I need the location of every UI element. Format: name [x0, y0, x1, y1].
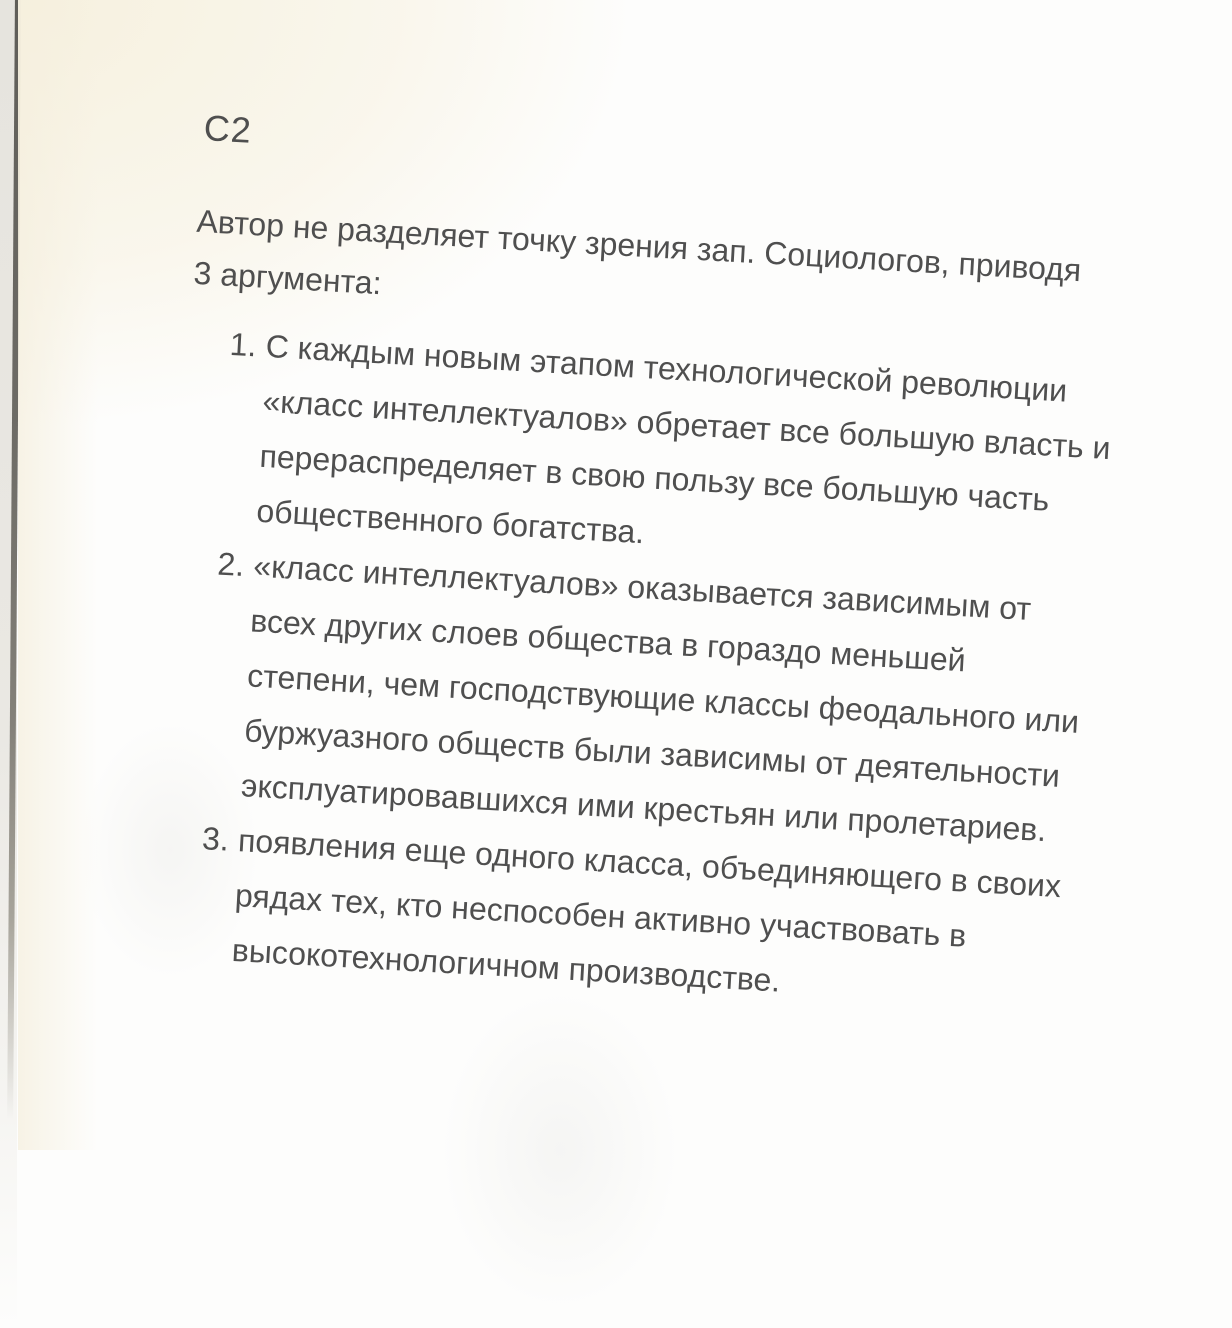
- scanned-page: С2 Автор не разделяет точку зрения зап. …: [0, 0, 1232, 1328]
- arguments-list: 1. С каждым новым этапом технологической…: [155, 315, 1200, 1030]
- argument-number: 3.: [201, 811, 240, 868]
- page-content: С2 Автор не разделяет точку зрения зап. …: [155, 108, 1212, 1030]
- argument-number: 2.: [216, 537, 255, 594]
- scan-smudge: [440, 990, 680, 1310]
- argument-text: «класс интеллектуалов» оказывается завис…: [240, 539, 1087, 860]
- paper-tint-left: [18, 0, 98, 1150]
- argument-item: 2. «класс интеллектуалов» оказывается за…: [204, 537, 1188, 866]
- question-label: С2: [203, 108, 1212, 204]
- argument-number: 1.: [228, 317, 267, 374]
